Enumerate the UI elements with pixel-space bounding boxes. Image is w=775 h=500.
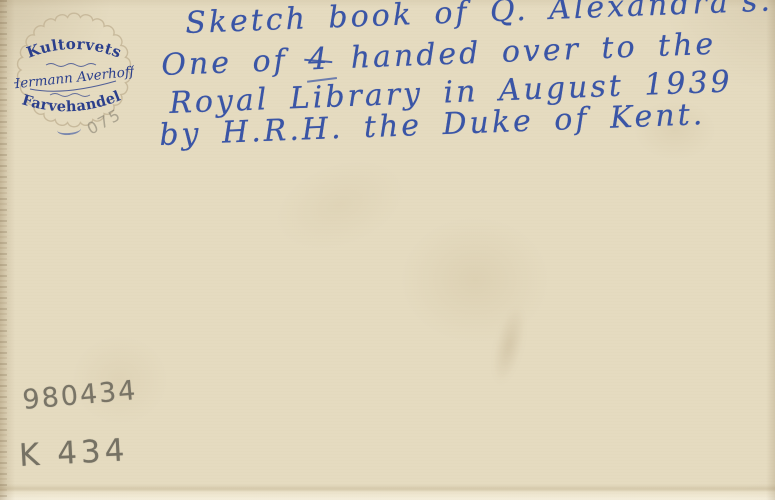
stamp-trade-line: Farvehandel. [14, 8, 123, 115]
paper-stain [480, 292, 537, 397]
stamp-flourish-bottom [50, 94, 90, 97]
pencil-shelf-mark: K 434 [18, 432, 129, 474]
card-left-cut-edge [0, 0, 7, 500]
stamp-flourish-top [46, 64, 96, 67]
pencil-inventory-number: 980434 [21, 375, 138, 416]
inscription-line-2-prefix: One of [161, 42, 309, 83]
corrected-number: 4 [307, 42, 330, 78]
ink-squiggle-mark [57, 123, 82, 136]
stamp-city-line: Kultorvets [24, 35, 124, 62]
paper-stain [375, 195, 575, 365]
photographed-card-back: Kultorvets Hermann Averhoff. Farvehandel… [0, 0, 775, 500]
